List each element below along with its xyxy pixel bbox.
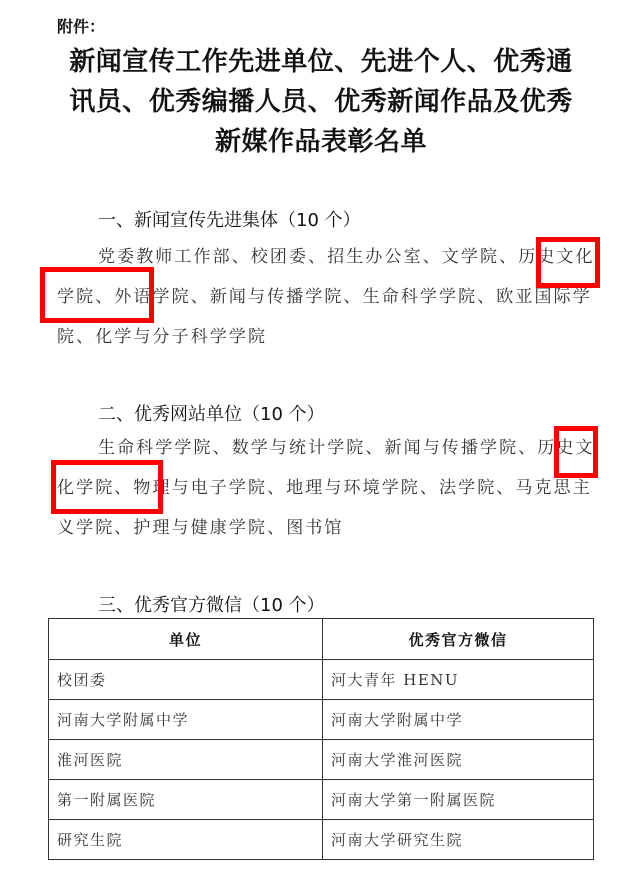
table-cell-unit: 第一附属医院 — [49, 780, 323, 820]
table-cell-unit: 河南大学附属中学 — [49, 700, 323, 740]
table-cell-wechat: 河南大学淮河医院 — [323, 740, 594, 780]
table-cell-wechat: 河大青年 HENU — [323, 660, 594, 700]
table-row: 河南大学附属中学 河南大学附属中学 — [49, 700, 594, 740]
table-row: 校团委 河大青年 HENU — [49, 660, 594, 700]
table-cell-wechat: 河南大学研究生院 — [323, 820, 594, 860]
title-line: 新闻宣传工作先进单位、先进个人、优秀通 — [40, 42, 602, 82]
table-header-row: 单位 优秀官方微信 — [49, 619, 594, 660]
table-row: 第一附属医院 河南大学第一附属医院 — [49, 780, 594, 820]
highlight-box — [51, 460, 163, 514]
wechat-table: 单位 优秀官方微信 校团委 河大青年 HENU 河南大学附属中学 河南大学附属中… — [48, 618, 594, 860]
table-header-wechat: 优秀官方微信 — [323, 619, 594, 660]
title-line: 讯员、优秀编播人员、优秀新闻作品及优秀 — [40, 82, 602, 122]
attachment-label: 附件： — [57, 14, 105, 37]
table-header-unit: 单位 — [49, 619, 323, 660]
table-cell-wechat: 河南大学第一附属医院 — [323, 780, 594, 820]
highlight-box — [536, 237, 600, 288]
section-2-heading: 二、优秀网站单位（10 个） — [98, 400, 325, 426]
table-cell-unit: 校团委 — [49, 660, 323, 700]
highlight-box — [40, 267, 154, 323]
table-row: 淮河医院 河南大学淮河医院 — [49, 740, 594, 780]
section-3-heading: 三、优秀官方微信（10 个） — [98, 591, 325, 617]
document-title: 新闻宣传工作先进单位、先进个人、优秀通 讯员、优秀编播人员、优秀新闻作品及优秀 … — [40, 42, 602, 162]
table-cell-wechat: 河南大学附属中学 — [323, 700, 594, 740]
section-1-heading: 一、新闻宣传先进集体（10 个） — [98, 206, 361, 232]
table-cell-unit: 研究生院 — [49, 820, 323, 860]
table-cell-unit: 淮河医院 — [49, 740, 323, 780]
highlight-box — [554, 426, 598, 478]
table-row: 研究生院 河南大学研究生院 — [49, 820, 594, 860]
title-line: 新媒作品表彰名单 — [40, 122, 602, 162]
